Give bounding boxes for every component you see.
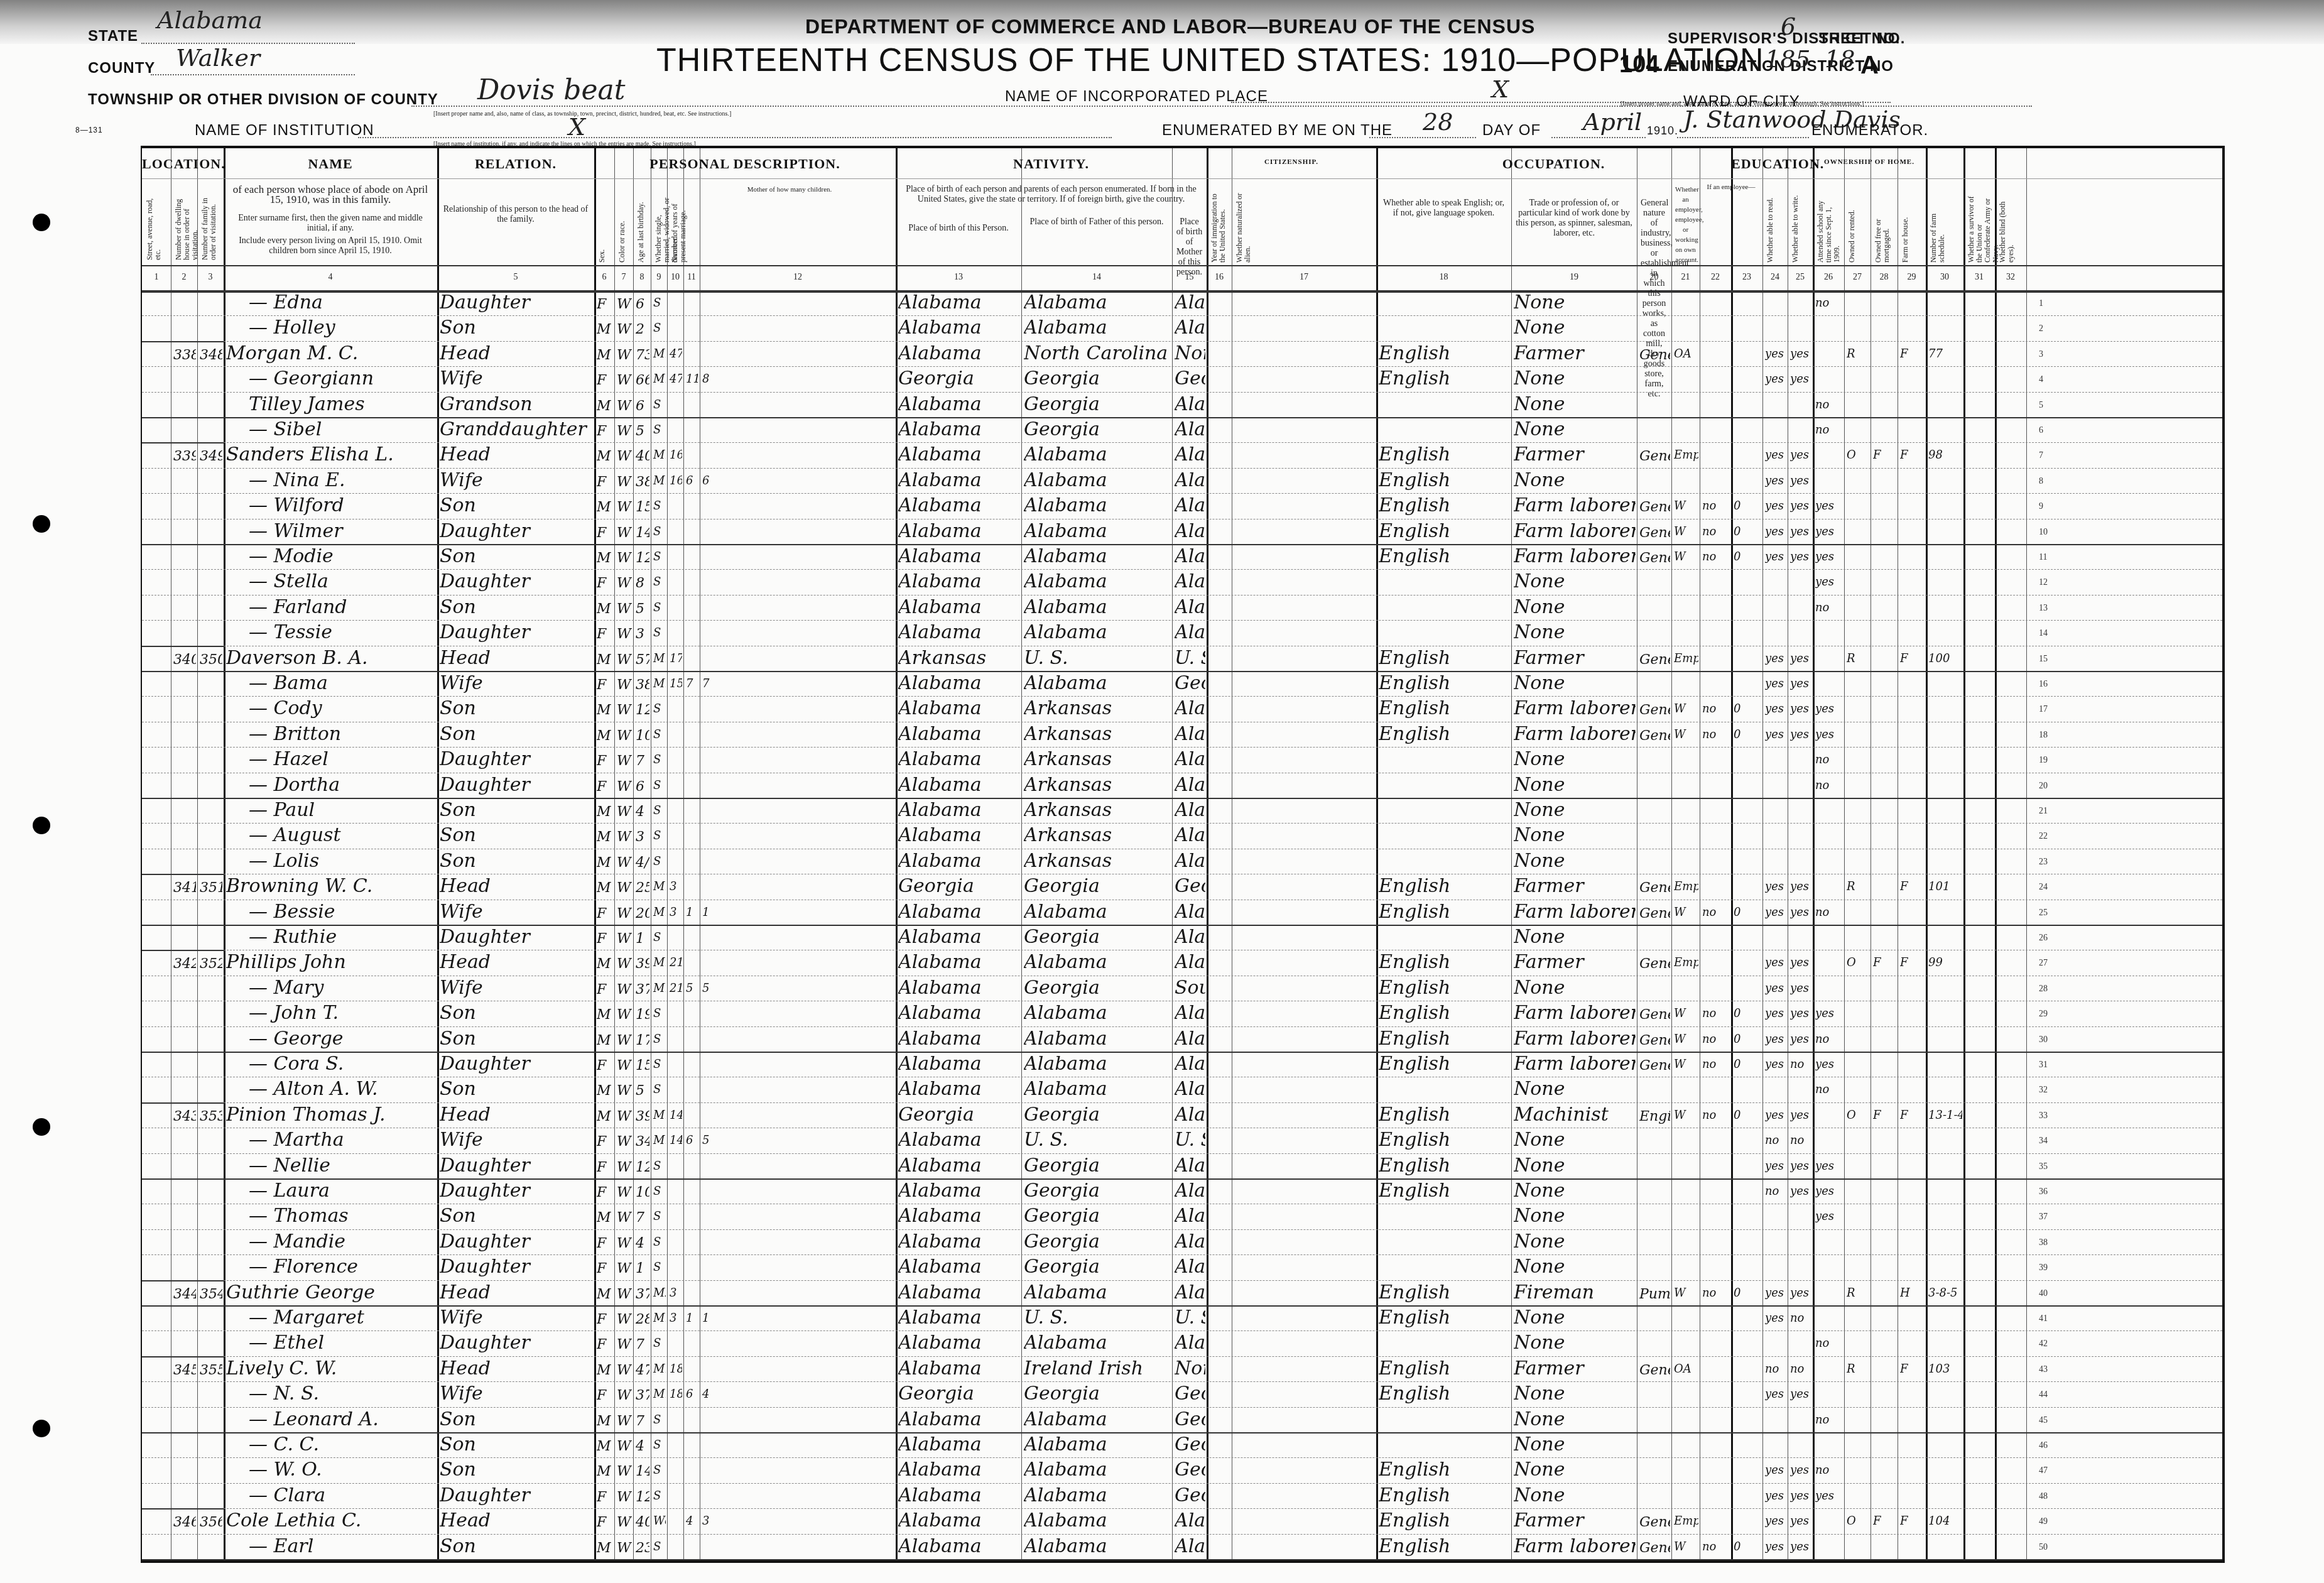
father-birthplace: U. S.	[1024, 647, 1171, 669]
enumerator-line	[1677, 137, 1809, 138]
ward-label: WARD OF CITY	[1683, 93, 1800, 111]
father-birthplace: Alabama	[1024, 291, 1171, 313]
father-birthplace: Alabama	[1024, 1408, 1171, 1430]
weeks-out: 0	[1734, 550, 1761, 563]
marital-status: M1	[653, 1134, 666, 1147]
sex: F	[597, 525, 613, 541]
sex: F	[597, 423, 613, 439]
age: 7	[636, 1210, 649, 1226]
relation: Wife	[440, 901, 593, 923]
color: W	[617, 347, 632, 363]
mother-birthplace: Georgia	[1175, 875, 1205, 897]
column-number: 20	[1637, 273, 1671, 283]
person-name: — Mary	[249, 977, 436, 999]
sex: F	[597, 1515, 613, 1530]
column-divider	[224, 148, 225, 1560]
name-column-title: NAME	[224, 156, 437, 172]
father-birthplace: Arkansas	[1024, 748, 1171, 770]
column-number: 13	[896, 273, 1021, 283]
school-header: Attended school any time since Sept. 1, …	[1816, 188, 1842, 263]
birthplace: Alabama	[898, 723, 1020, 745]
mother-birthplace: Alabama	[1175, 1205, 1205, 1227]
line-number: 26	[2039, 933, 2048, 944]
farm-schedule: 100	[1928, 652, 1962, 665]
column-divider	[197, 148, 198, 1560]
nativity-group-title: NATIVITY.	[896, 156, 1207, 172]
years-married: 21	[670, 982, 682, 995]
father-birthplace: Ireland Irish	[1024, 1357, 1171, 1379]
marital-status: S	[653, 1540, 666, 1553]
sex: F	[597, 677, 613, 693]
marital-status: M1	[653, 677, 666, 690]
row-divider	[142, 823, 2222, 824]
language: English	[1379, 494, 1510, 516]
can-read: no	[1765, 1363, 1786, 1376]
father-birthplace: Alabama	[1024, 1459, 1171, 1481]
row-divider	[142, 519, 2222, 520]
incorporated-label: NAME OF INCORPORATED PLACE	[1005, 88, 1268, 106]
sex: M	[597, 601, 613, 617]
years-married: 3	[670, 906, 682, 919]
column-number: 16	[1207, 273, 1232, 283]
township-label: TOWNSHIP OR OTHER DIVISION OF COUNTY	[88, 91, 438, 109]
line-number: 15	[2039, 655, 2048, 665]
color: W	[617, 702, 632, 718]
sex-header: Sex.	[598, 188, 612, 263]
color: W	[617, 1287, 632, 1302]
relation: Son	[440, 850, 593, 872]
trade: Farm laborer	[1514, 697, 1636, 719]
father-birthplace: Alabama	[1024, 901, 1171, 923]
color: W	[617, 880, 632, 896]
color: W	[617, 956, 632, 972]
column-number: 29	[1898, 273, 1926, 283]
color: W	[617, 1540, 632, 1556]
trade: None	[1514, 748, 1636, 770]
row-divider	[142, 1457, 2222, 1458]
column-number: 19	[1511, 273, 1637, 283]
age: 28	[636, 1312, 649, 1327]
year-label: 1910.	[1647, 124, 1678, 138]
relation: Son	[440, 494, 593, 516]
father-birthplace: Georgia	[1024, 977, 1171, 999]
owned-rented-header: Owned or rented.	[1848, 188, 1868, 263]
father-birthplace: Georgia	[1024, 1104, 1171, 1126]
person-name: Cole Lethia C.	[226, 1510, 436, 1531]
line-number: 10	[2039, 528, 2048, 538]
marital-status: M1	[653, 373, 666, 386]
column-number: 17	[1232, 273, 1376, 283]
attended-school: yes	[1815, 1210, 1843, 1223]
mother-birthplace: Alabama	[1175, 1104, 1205, 1126]
line-number: 44	[2039, 1390, 2048, 1400]
trade: None	[1514, 1231, 1636, 1253]
trade: Farmer	[1514, 1510, 1636, 1531]
language: English	[1379, 1510, 1510, 1531]
marital-status: S	[653, 931, 666, 944]
enumerated-day-line	[1369, 137, 1476, 138]
sex: F	[597, 1489, 613, 1505]
industry: General farm	[1639, 347, 1670, 363]
weeks-out: 0	[1734, 1109, 1761, 1122]
column-number: 30	[1926, 273, 1963, 283]
can-write: yes	[1790, 1109, 1811, 1122]
mother-birthplace: U. S.	[1175, 1129, 1205, 1151]
row-divider	[142, 1559, 2222, 1560]
trade: Farm laborer	[1514, 1002, 1636, 1024]
person-name: — W. O.	[249, 1459, 436, 1481]
can-read: yes	[1765, 1007, 1786, 1020]
sex: M	[597, 829, 613, 845]
marital-status: M1	[653, 1312, 666, 1325]
birthplace: Alabama	[898, 1155, 1020, 1177]
father-birthplace: Georgia	[1024, 926, 1171, 948]
line-number: 46	[2039, 1441, 2048, 1451]
language: English	[1379, 545, 1510, 567]
relation: Son	[440, 317, 593, 339]
farm-or-house: H	[1900, 1287, 1925, 1300]
birth-father-header: Place of birth of Father of this person.	[1025, 217, 1168, 227]
farm-or-house: F	[1900, 1363, 1925, 1376]
line-number: 45	[2039, 1416, 2048, 1426]
color: W	[617, 296, 632, 312]
farm-schedule: 77	[1928, 347, 1962, 361]
years-married: 16	[670, 449, 682, 462]
line-number: 49	[2039, 1517, 2048, 1527]
column-divider	[1207, 148, 1208, 1560]
birthplace: Alabama	[898, 1129, 1020, 1151]
color: W	[617, 1312, 632, 1327]
education-group-title: EDUCATION.	[1731, 156, 1813, 172]
binder-hole	[33, 515, 50, 533]
marital-status: S	[653, 1489, 666, 1503]
line-number: 17	[2039, 705, 2048, 715]
enumerated-month: April	[1583, 108, 1642, 136]
industry: General farm	[1639, 1363, 1670, 1378]
trade: None	[1514, 1484, 1636, 1506]
binder-hole	[33, 1118, 50, 1136]
person-name: — August	[249, 824, 436, 846]
column-divider	[1731, 148, 1733, 1560]
father-birthplace: Alabama	[1024, 1002, 1171, 1024]
dwelling-number: 338	[173, 347, 196, 363]
years-married: 14	[670, 1134, 682, 1147]
mother-birthplace: Alabama	[1175, 393, 1205, 415]
column-number: 25	[1788, 273, 1813, 283]
birthplace: Alabama	[898, 443, 1020, 465]
employer-status: W	[1674, 550, 1698, 563]
can-read: yes	[1765, 677, 1786, 690]
trade: None	[1514, 1078, 1636, 1100]
age: 73	[636, 347, 649, 363]
children-born: 7	[686, 677, 698, 690]
line-number: 29	[2039, 1009, 2048, 1020]
father-birthplace: Alabama	[1024, 1484, 1171, 1506]
can-read: yes	[1765, 1489, 1786, 1503]
industry: General farm	[1639, 906, 1670, 922]
children-living: 5	[702, 982, 894, 995]
sex: F	[597, 1185, 613, 1200]
mother-birthplace: Alabama	[1175, 723, 1205, 745]
trade: None	[1514, 1408, 1636, 1430]
enumeration-district: 185	[1765, 45, 1811, 73]
can-read: no	[1765, 1185, 1786, 1198]
line-number: 6	[2039, 426, 2043, 436]
birthplace: Alabama	[898, 291, 1020, 313]
relation: Wife	[440, 672, 593, 694]
marital-status: M1	[653, 347, 666, 361]
color: W	[617, 499, 632, 515]
marital-status: S	[653, 1261, 666, 1274]
years-married: 16	[670, 474, 682, 487]
owned-rented: R	[1847, 880, 1869, 893]
naturalized-header: Whether naturalized or alien.	[1235, 188, 1374, 263]
marital-status: S	[653, 398, 666, 411]
trade: Farm laborer	[1514, 723, 1636, 745]
sex: M	[597, 550, 613, 566]
color: W	[617, 1489, 632, 1505]
weeks-out: 0	[1734, 728, 1761, 741]
father-birthplace: Georgia	[1024, 1155, 1171, 1177]
birthplace: Alabama	[898, 1459, 1020, 1481]
line-number: 13	[2039, 604, 2048, 614]
color: W	[617, 1160, 632, 1175]
row-divider	[142, 1026, 2222, 1027]
age: 8	[636, 575, 649, 591]
birthplace: Alabama	[898, 977, 1020, 999]
father-birthplace: Alabama	[1024, 1281, 1171, 1303]
column-number: 6	[594, 273, 614, 283]
line-number: 4	[2039, 375, 2043, 385]
line-number: 33	[2039, 1111, 2048, 1121]
color: W	[617, 1464, 632, 1479]
relation: Son	[440, 596, 593, 618]
employer-status: W	[1674, 1007, 1698, 1020]
can-write: no	[1790, 1363, 1811, 1376]
marital-status: S	[653, 1464, 666, 1477]
mortgage: F	[1873, 1515, 1896, 1528]
institution-line	[358, 137, 1112, 138]
relation: Head	[440, 342, 593, 364]
person-name: — Sibel	[249, 418, 436, 440]
employer-status: W	[1674, 1058, 1698, 1071]
farm-schedule: 104	[1928, 1515, 1962, 1528]
line-number: 30	[2039, 1035, 2048, 1045]
person-name: — Tessie	[249, 621, 436, 643]
years-married: 3	[670, 880, 682, 893]
trade: None	[1514, 1205, 1636, 1227]
children-living: 4	[702, 1388, 894, 1401]
household-divider	[142, 1508, 224, 1510]
trade: Farmer	[1514, 875, 1636, 897]
farm-schedule: 13-1-4-3	[1928, 1109, 1962, 1122]
line-number: 21	[2039, 807, 2048, 817]
can-read: yes	[1765, 373, 1786, 386]
attended-school: yes	[1815, 575, 1843, 589]
trade: None	[1514, 1180, 1636, 1202]
attended-school: no	[1815, 1083, 1843, 1096]
attended-school: no	[1815, 601, 1843, 614]
relation: Granddaughter	[440, 418, 593, 440]
years-married: 14	[670, 1109, 682, 1122]
mother-birthplace: Alabama	[1175, 1332, 1205, 1354]
can-write: yes	[1790, 677, 1811, 690]
years-married: 21	[670, 956, 682, 969]
row-divider	[142, 366, 2222, 367]
farm-schedule: 98	[1928, 449, 1962, 462]
age: 4	[636, 804, 649, 820]
trade: Farm laborer	[1514, 494, 1636, 516]
sex: F	[597, 474, 613, 490]
mother-birthplace: Alabama	[1175, 1053, 1205, 1075]
veteran-header: Whether a survivor of the Union or Confe…	[1967, 188, 1992, 263]
line-number: 40	[2039, 1289, 2048, 1299]
trade: None	[1514, 926, 1636, 948]
row-divider	[142, 1356, 2222, 1357]
father-birthplace: Alabama	[1024, 520, 1171, 542]
column-divider	[2026, 148, 2027, 1560]
age: 38	[636, 474, 649, 490]
color: W	[617, 728, 632, 744]
column-divider	[1898, 148, 1898, 1560]
mother-birthplace: Alabama	[1175, 1180, 1205, 1202]
person-name: — Georgiann	[249, 367, 436, 389]
household-divider	[142, 341, 224, 342]
row-divider	[142, 950, 2222, 950]
color-header: Color or race.	[618, 188, 631, 263]
sex: M	[597, 1210, 613, 1226]
farm-or-house: F	[1900, 652, 1925, 665]
family-number-header: Number of family in order of visitation.	[201, 186, 221, 260]
mother-birthplace: North Carolina	[1175, 1357, 1205, 1379]
color: W	[617, 1261, 632, 1276]
weeks-out: 0	[1734, 1287, 1761, 1300]
color: W	[617, 550, 632, 566]
person-name: — Stella	[249, 570, 436, 592]
sex: M	[597, 804, 613, 820]
language: English	[1379, 1129, 1510, 1151]
person-name: — Dortha	[249, 774, 436, 796]
color: W	[617, 1007, 632, 1023]
age: 5	[636, 601, 649, 617]
marital-status: S	[653, 804, 666, 817]
row-divider	[142, 1483, 2222, 1484]
mother-birthplace: Georgia	[1175, 1383, 1205, 1405]
family-number: 352	[200, 956, 222, 972]
language: English	[1379, 1484, 1510, 1506]
mother-birthplace: Alabama	[1175, 545, 1205, 567]
age: 7	[636, 1413, 649, 1429]
relation: Grandson	[440, 393, 593, 415]
can-read: yes	[1765, 728, 1786, 741]
color: W	[617, 1388, 632, 1403]
employer-status: OA	[1674, 347, 1698, 361]
language: English	[1379, 977, 1510, 999]
marital-status: S	[653, 1210, 666, 1223]
line-number: 39	[2039, 1263, 2048, 1273]
dwelling-number: 339	[173, 449, 196, 464]
industry-header: General nature of industry, business, or…	[1641, 199, 1668, 400]
attended-school: no	[1815, 398, 1843, 411]
column-number: 23	[1731, 273, 1762, 283]
column-number: 27	[1844, 273, 1871, 283]
column-divider	[1376, 148, 1378, 1560]
color: W	[617, 931, 632, 947]
birthplace: Alabama	[898, 901, 1020, 923]
trade: Machinist	[1514, 1104, 1636, 1126]
person-name: — Leonard A.	[249, 1408, 436, 1430]
age: 38	[636, 677, 649, 693]
sex: M	[597, 880, 613, 896]
industry: General farm	[1639, 449, 1670, 464]
marital-status: S	[653, 575, 666, 589]
father-birthplace: Alabama	[1024, 1433, 1171, 1455]
relation: Wife	[440, 977, 593, 999]
children-living: 1	[702, 1312, 894, 1325]
out-of-work: no	[1702, 1007, 1730, 1020]
industry: General farm	[1639, 1033, 1670, 1048]
birthplace: Georgia	[898, 367, 1020, 389]
mother-birthplace: Alabama	[1175, 570, 1205, 592]
column-number: 5	[437, 273, 594, 283]
column-divider	[437, 148, 439, 1560]
person-name: — Farland	[249, 596, 436, 618]
column-divider	[1926, 148, 1928, 1560]
person-name: — John T.	[249, 1002, 436, 1024]
color: W	[617, 449, 632, 464]
can-write: yes	[1790, 1489, 1811, 1503]
mother-birthplace: Alabama	[1175, 1281, 1205, 1303]
can-read: yes	[1765, 652, 1786, 665]
farm-or-house: F	[1900, 449, 1925, 462]
father-birthplace: Arkansas	[1024, 824, 1171, 846]
english-header: Whether able to speak English; or, if no…	[1380, 199, 1507, 219]
mother-birthplace: Georgia	[1175, 1484, 1205, 1506]
sex: M	[597, 1439, 613, 1454]
industry: General farm	[1639, 702, 1670, 718]
line-number: 8	[2039, 477, 2043, 487]
relation: Son	[440, 1205, 593, 1227]
marital-status: S	[653, 550, 666, 563]
read-header: Whether able to read.	[1766, 188, 1785, 263]
out-of-work: no	[1702, 1058, 1730, 1071]
birthplace: Alabama	[898, 951, 1020, 973]
industry: General farm	[1639, 956, 1670, 972]
attended-school: yes	[1815, 499, 1843, 513]
language: English	[1379, 342, 1510, 364]
birthplace: Alabama	[898, 799, 1020, 821]
column-divider	[1021, 148, 1022, 1560]
person-name: Pinion Thomas J.	[226, 1104, 436, 1126]
supervisor-district: 6	[1781, 13, 1796, 40]
person-name: — Nellie	[249, 1155, 436, 1177]
color: W	[617, 906, 632, 922]
can-read: yes	[1765, 474, 1786, 487]
age: 1	[636, 1261, 649, 1276]
marital-status: M1	[653, 956, 666, 969]
sex: F	[597, 1236, 613, 1251]
birthplace: Alabama	[898, 1332, 1020, 1354]
can-write: yes	[1790, 373, 1811, 386]
person-name: Guthrie George	[226, 1281, 436, 1303]
employer-status: W	[1674, 1540, 1698, 1553]
years-married: 47	[670, 347, 682, 361]
relation: Son	[440, 545, 593, 567]
column-number: 8	[633, 273, 651, 283]
birthplace: Alabama	[898, 672, 1020, 694]
birthplace: Alabama	[898, 1002, 1020, 1024]
language: English	[1379, 1383, 1510, 1405]
